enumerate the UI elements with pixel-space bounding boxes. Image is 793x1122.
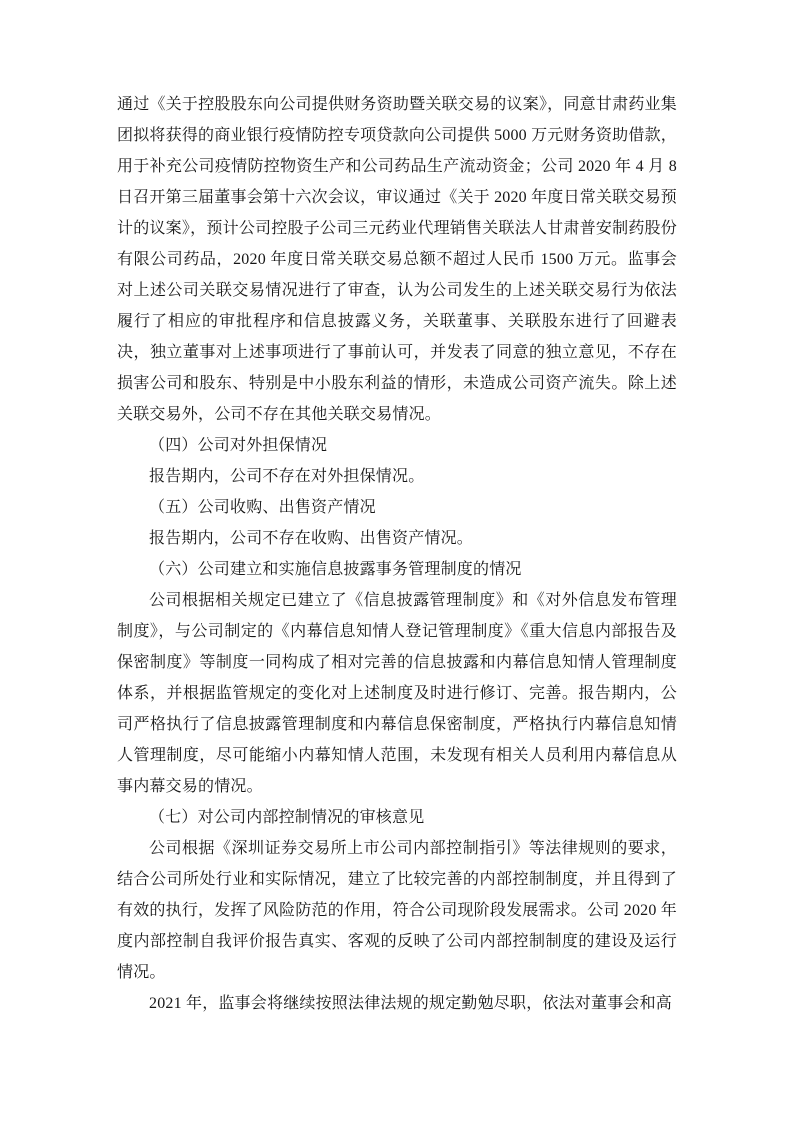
document-text-block: 通过《关于控股股东向公司提供财务资助暨关联交易的议案》，同意甘肃药业集团拟将获得… xyxy=(117,89,677,1019)
paragraph-internal-control: 公司根据《深圳证券交易所上市公司内部控制指引》等法律规则的要求，结合公司所处行业… xyxy=(117,833,677,988)
heading-section-5-asset-purchase-sale: （五）公司收购、出售资产情况 xyxy=(117,492,677,523)
paragraph-information-disclosure: 公司根据相关规定已建立了《信息披露管理制度》和《对外信息发布管理制度》，与公司制… xyxy=(117,585,677,802)
paragraph-asset-purchase-sale: 报告期内，公司不存在收购、出售资产情况。 xyxy=(117,523,677,554)
paragraph-2021-outlook: 2021 年，监事会将继续按照法律法规的规定勤勉尽职，依法对董事会和高 xyxy=(117,988,677,1019)
paragraph-external-guarantees: 报告期内，公司不存在对外担保情况。 xyxy=(117,461,677,492)
heading-section-4-external-guarantees: （四）公司对外担保情况 xyxy=(117,430,677,461)
document-page: 通过《关于控股股东向公司提供财务资助暨关联交易的议案》，同意甘肃药业集团拟将获得… xyxy=(0,0,793,1122)
paragraph-related-party-transactions: 通过《关于控股股东向公司提供财务资助暨关联交易的议案》，同意甘肃药业集团拟将获得… xyxy=(117,89,677,430)
heading-section-6-information-disclosure: （六）公司建立和实施信息披露事务管理制度的情况 xyxy=(117,554,677,585)
heading-section-7-internal-control-opinion: （七）对公司内部控制情况的审核意见 xyxy=(117,802,677,833)
